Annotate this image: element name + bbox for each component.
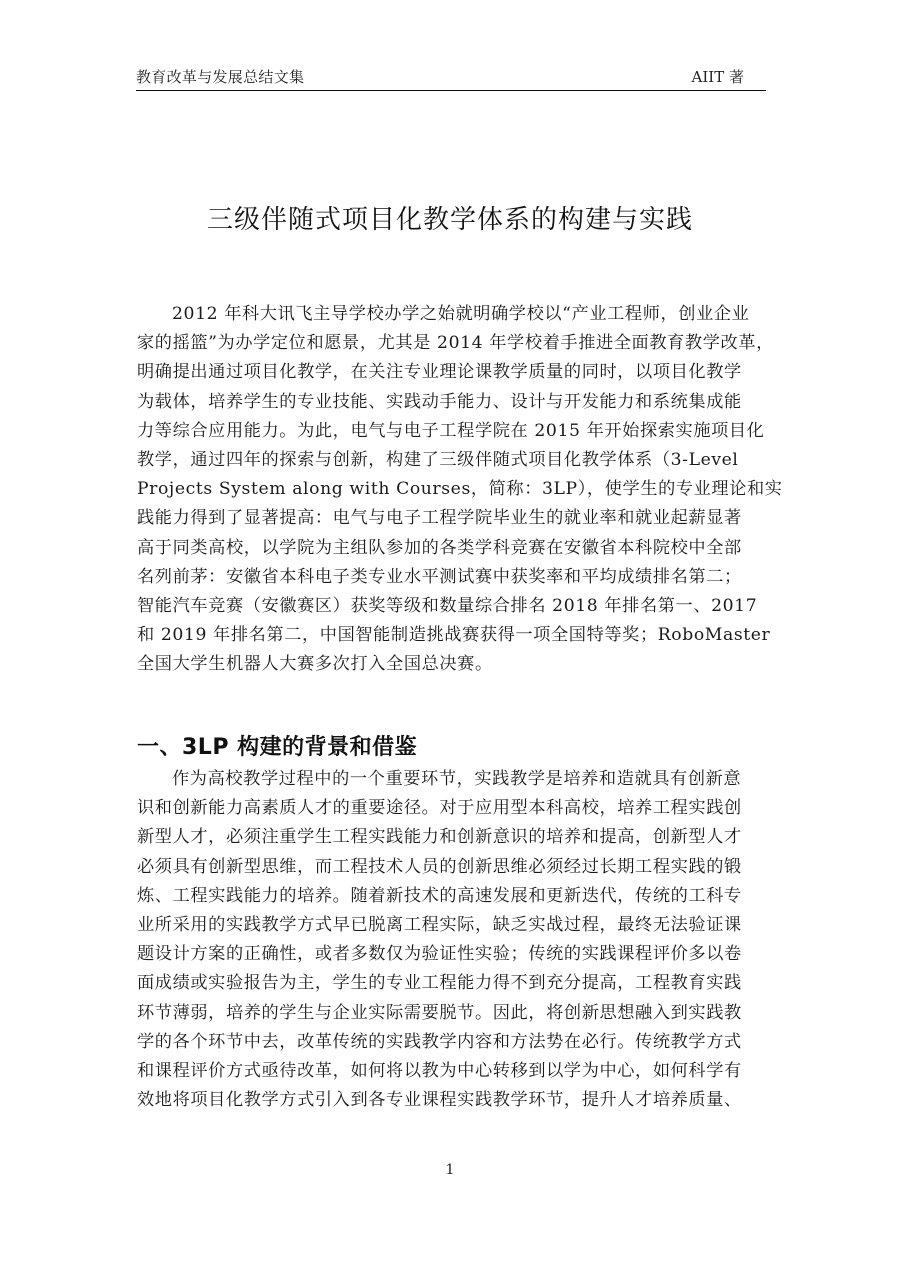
paragraph-line: 学的各个环节中去，改革传统的实践教学内容和方法势在必行。传统教学方式 [137, 1028, 769, 1057]
paragraph-line: 效地将项目化教学方式引入到各专业课程实践教学环节，提升人才培养质量、 [137, 1086, 769, 1115]
paragraph-line: 明确提出通过项目化教学，在关注专业理论课教学质量的同时，以项目化教学 [137, 358, 769, 387]
running-header: 教育改革与发展总结文集 AIIT 著 [136, 64, 766, 90]
paragraph-line: 教学，通过四年的探索与创新，构建了三级伴随式项目化教学体系（3-Level [137, 446, 769, 475]
paragraph-line: 为载体，培养学生的专业技能、实践动手能力、设计与开发能力和系统集成能 [137, 388, 769, 417]
paragraph-line: 高于同类高校，以学院为主组队参加的各类学科竞赛在安徽省本科院校中全部 [137, 534, 769, 563]
paragraph-line: 和课程评价方式亟待改革，如何将以教为中心转移到以学为中心，如何科学有 [137, 1057, 769, 1086]
paragraph-line: 新型人才，必须注重学生工程实践能力和创新意识的培养和提高，创新型人才 [137, 823, 769, 852]
document-title: 三级伴随式项目化教学体系的构建与实践 [0, 200, 900, 240]
document-page: 教育改革与发展总结文集 AIIT 著 三级伴随式项目化教学体系的构建与实践 20… [0, 0, 900, 1272]
paragraph-line: 名列前茅：安徽省本科电子类专业水平测试赛中获奖率和平均成绩排名第二； [137, 563, 769, 592]
paragraph-line: 环节薄弱，培养的学生与企业实际需要脱节。因此，将创新思想融入到实践教 [137, 999, 769, 1028]
section-paragraph: 作为高校教学过程中的一个重要环节，实践教学是培养和造就具有创新意 识和创新能力高… [137, 765, 769, 1115]
intro-paragraph: 2012 年科大讯飞主导学校办学之始就明确学校以“产业工程师，创业企业 家的摇篮… [137, 300, 769, 679]
paragraph-line: 力等综合应用能力。为此，电气与电子工程学院在 2015 年开始探索实施项目化 [137, 417, 769, 446]
paragraph-line: Projects System along with Courses，简称：3L… [137, 475, 769, 504]
paragraph-line: 炼、工程实践能力的培养。随着新技术的高速发展和更新迭代，传统的工科专 [137, 882, 769, 911]
paragraph-line: 全国大学生机器人大赛多次打入全国总决赛。 [137, 650, 769, 679]
paragraph-line: 智能汽车竞赛（安徽赛区）获奖等级和数量综合排名 2018 年排名第一、2017 [137, 592, 769, 621]
paragraph-line: 家的摇篮”为办学定位和愿景，尤其是 2014 年学校着手推进全面教育教学改革， [137, 329, 769, 358]
paragraph-line: 践能力得到了显著提高：电气与电子工程学院毕业生的就业率和就业起薪显著 [137, 504, 769, 533]
paragraph-line: 题设计方案的正确性，或者多数仅为验证性实验；传统的实践课程评价多以卷 [137, 940, 769, 969]
section-heading: 一、3LP 构建的背景和借鉴 [137, 730, 417, 766]
paragraph-line: 识和创新能力高素质人才的重要途径。对于应用型本科高校，培养工程实践创 [137, 794, 769, 823]
paragraph-line: 业所采用的实践教学方式早已脱离工程实际，缺乏实战过程，最终无法验证课 [137, 911, 769, 940]
page-number: 1 [0, 1160, 900, 1180]
paragraph-line: 作为高校教学过程中的一个重要环节，实践教学是培养和造就具有创新意 [137, 765, 769, 794]
paragraph-line: 2012 年科大讯飞主导学校办学之始就明确学校以“产业工程师，创业企业 [137, 300, 769, 329]
author-label: AIIT 著 [692, 64, 744, 90]
header-divider [136, 90, 766, 91]
paragraph-line: 和 2019 年排名第二，中国智能制造挑战赛获得一项全国特等奖；RoboMast… [137, 621, 769, 650]
collection-title: 教育改革与发展总结文集 [136, 64, 304, 90]
paragraph-line: 面成绩或实验报告为主，学生的专业工程能力得不到充分提高，工程教育实践 [137, 969, 769, 998]
paragraph-line: 必须具有创新型思维，而工程技术人员的创新思维必须经过长期工程实践的锻 [137, 853, 769, 882]
